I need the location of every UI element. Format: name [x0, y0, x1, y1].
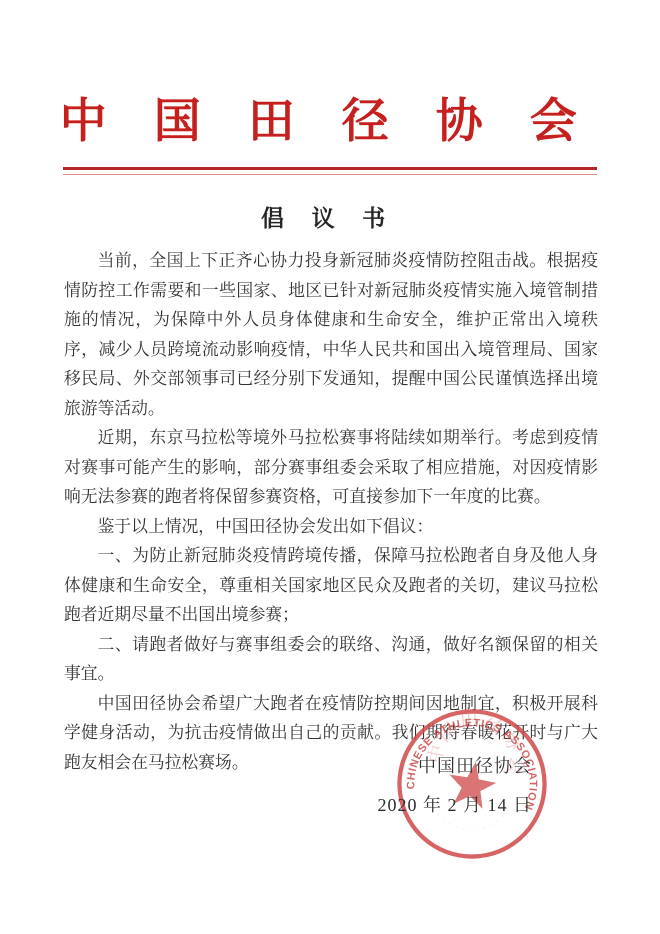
header-rule-thin: [63, 174, 597, 175]
signature-date: 2020 年 2 月 14 日: [378, 791, 533, 817]
doc-title: 倡议书: [0, 200, 660, 233]
body-paragraph-4: 一、为防止新冠肺炎疫情跨境传播，保障马拉松跑者自身及他人身体健康和生命安全，尊重…: [64, 541, 598, 630]
signature-org: 中国田径协会: [378, 752, 533, 778]
body-paragraph-2: 近期，东京马拉松等境外马拉松赛事将陆续如期举行。考虑到疫情对赛事可能产生的影响，…: [64, 423, 598, 512]
signature-block: 中国田径协会 2020 年 2 月 14 日: [378, 752, 533, 817]
document-page: 中国田径协会 倡议书 当前，全国上下正齐心协力投身新冠肺炎疫情防控阻击战。根据疫…: [0, 0, 660, 934]
org-title: 中国田径协会: [0, 84, 660, 151]
body-paragraph-1: 当前，全国上下正齐心协力投身新冠肺炎疫情防控阻击战。根据疫情防控工作需要和一些国…: [64, 246, 598, 423]
header-rule-thick: [63, 167, 597, 170]
body-paragraph-5: 二、请跑者做好与赛事组委会的联络、沟通，做好名额保留的相关事宜。: [64, 630, 598, 689]
body-paragraph-3: 鉴于以上情况，中国田径协会发出如下倡议：: [64, 512, 598, 542]
doc-body: 当前，全国上下正齐心协力投身新冠肺炎疫情防控阻击战。根据疫情防控工作需要和一些国…: [64, 246, 598, 777]
